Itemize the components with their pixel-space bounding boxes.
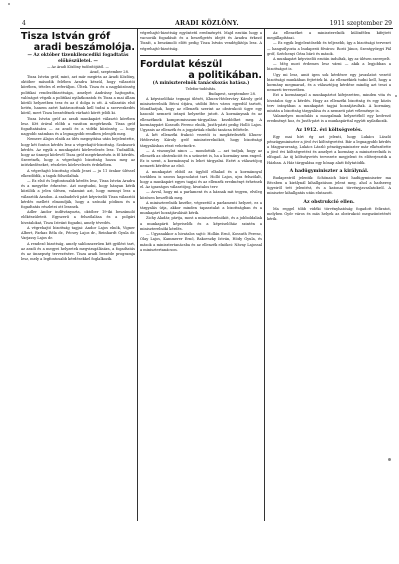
column-rule-1 [137, 29, 138, 521]
paragraph: Tisza István gróf, mint, azt már megírta… [21, 75, 135, 117]
article-headline-tisza-2: aradi beszámolója. [21, 42, 135, 53]
section-title-budget: Az 1912. évi költségvetés. [267, 127, 391, 135]
article-subhead: — Az október tizenkilencediki fogadtatás… [21, 53, 135, 65]
paragraph: A képviselőház tegnapi ülését, Khuen-Héd… [140, 97, 262, 133]
paragraph: Nemere Alajos elnök az ülés megnyitása u… [21, 137, 135, 168]
column-right: Az ellenzéket a miniszterelnök különféle… [267, 31, 391, 501]
paragraph: Adler Andor indítványozta, október 19-ik… [21, 210, 135, 226]
column-left: Tisza István gróf aradi beszámolója. — A… [21, 31, 135, 521]
paragraph: A végrehajtó bizottság tagjai: Andor Laj… [21, 226, 135, 242]
paragraph: A végrehajtó bizottság elnök Jenei — ju … [21, 169, 135, 179]
paragraph: A két ellenzéki frakció vezetői is megké… [140, 133, 262, 149]
paragraph: Budapestről jelentik: Schönaich báró had… [267, 176, 391, 197]
paragraph: Ugy mi lesz, amit igen sok kérdésre egy … [267, 73, 391, 94]
paragraph: Tisza István gróf az aradi munkapárt vál… [21, 117, 135, 138]
paragraph: Valamelyes mozdulás a mozgalmak helyzeté… [267, 114, 391, 124]
issue-date: 1911 szeptember 29 [330, 19, 392, 28]
article-headline-fordulat-2: a politikában. [140, 70, 262, 81]
continued-text: végrehajtó-bizottság egyöntetű eredményé… [140, 31, 262, 52]
scan-speck [388, 458, 391, 461]
paragraph: Egy mai hírt ég azt jelenti, hogy Lukács… [267, 135, 391, 166]
paragraph: — Avval, hogy mi a parlament és a háznak… [140, 190, 262, 200]
paragraph: A rendező bizottság, amely sablonszerűen… [21, 242, 135, 263]
paragraph: Ezt a kormánnyal a munkapártot kifejezet… [267, 93, 391, 114]
scan-speck [395, 95, 397, 97]
column-middle: végrehajtó-bizottság egyöntetű eredményé… [140, 31, 262, 521]
header-rule [20, 28, 393, 29]
newspaper-page: 4 ARADI KÖZLÖNY. 1911 szeptember 29 Tisz… [0, 0, 399, 564]
page-header: 4 ARADI KÖZLÖNY. 1911 szeptember 29 [22, 19, 392, 28]
article-subhead: (A miniszterelnök tanácskozás hatása.) [140, 81, 262, 87]
paragraph: A munkapárt ebből az ügyből elhalad és a… [140, 170, 262, 191]
paragraph: Az ellenzéket a miniszterelnök különféle… [267, 31, 391, 41]
article-separator [140, 55, 262, 56]
paragraph: — Ez első és legfontosabb kérdés lesz, T… [21, 179, 135, 210]
paragraph: — A viszonylat nincs — mondották — azt t… [140, 149, 262, 170]
paragraph: Zichy Aladár, pártja, most a miniszterel… [140, 216, 262, 232]
article-headline-fordulat-1: Fordulat készül [140, 59, 262, 70]
article-headline-tisza-1: Tisza István gróf [21, 31, 135, 42]
paragraph: — Ez egyik legjelentősebb és teljesebb, … [267, 41, 391, 57]
paragraph: — Még most érdemes lesz várni — akik a l… [267, 62, 391, 72]
scan-speck [8, 3, 10, 5]
column-rule-2 [264, 29, 265, 521]
section-title-war-minister: A hadügyminiszter a királynál. [267, 168, 391, 176]
paragraph: Ma reggel több vidéki törvényhatóság fog… [267, 207, 391, 223]
paragraph: — Ugyanakkor a hivatalos sajtó: Hollán E… [140, 232, 262, 253]
paragraph: A miniszterelnök kezébe, végezetül a par… [140, 201, 262, 217]
section-title-obstruction: Az obstrukció ellen. [267, 199, 391, 207]
